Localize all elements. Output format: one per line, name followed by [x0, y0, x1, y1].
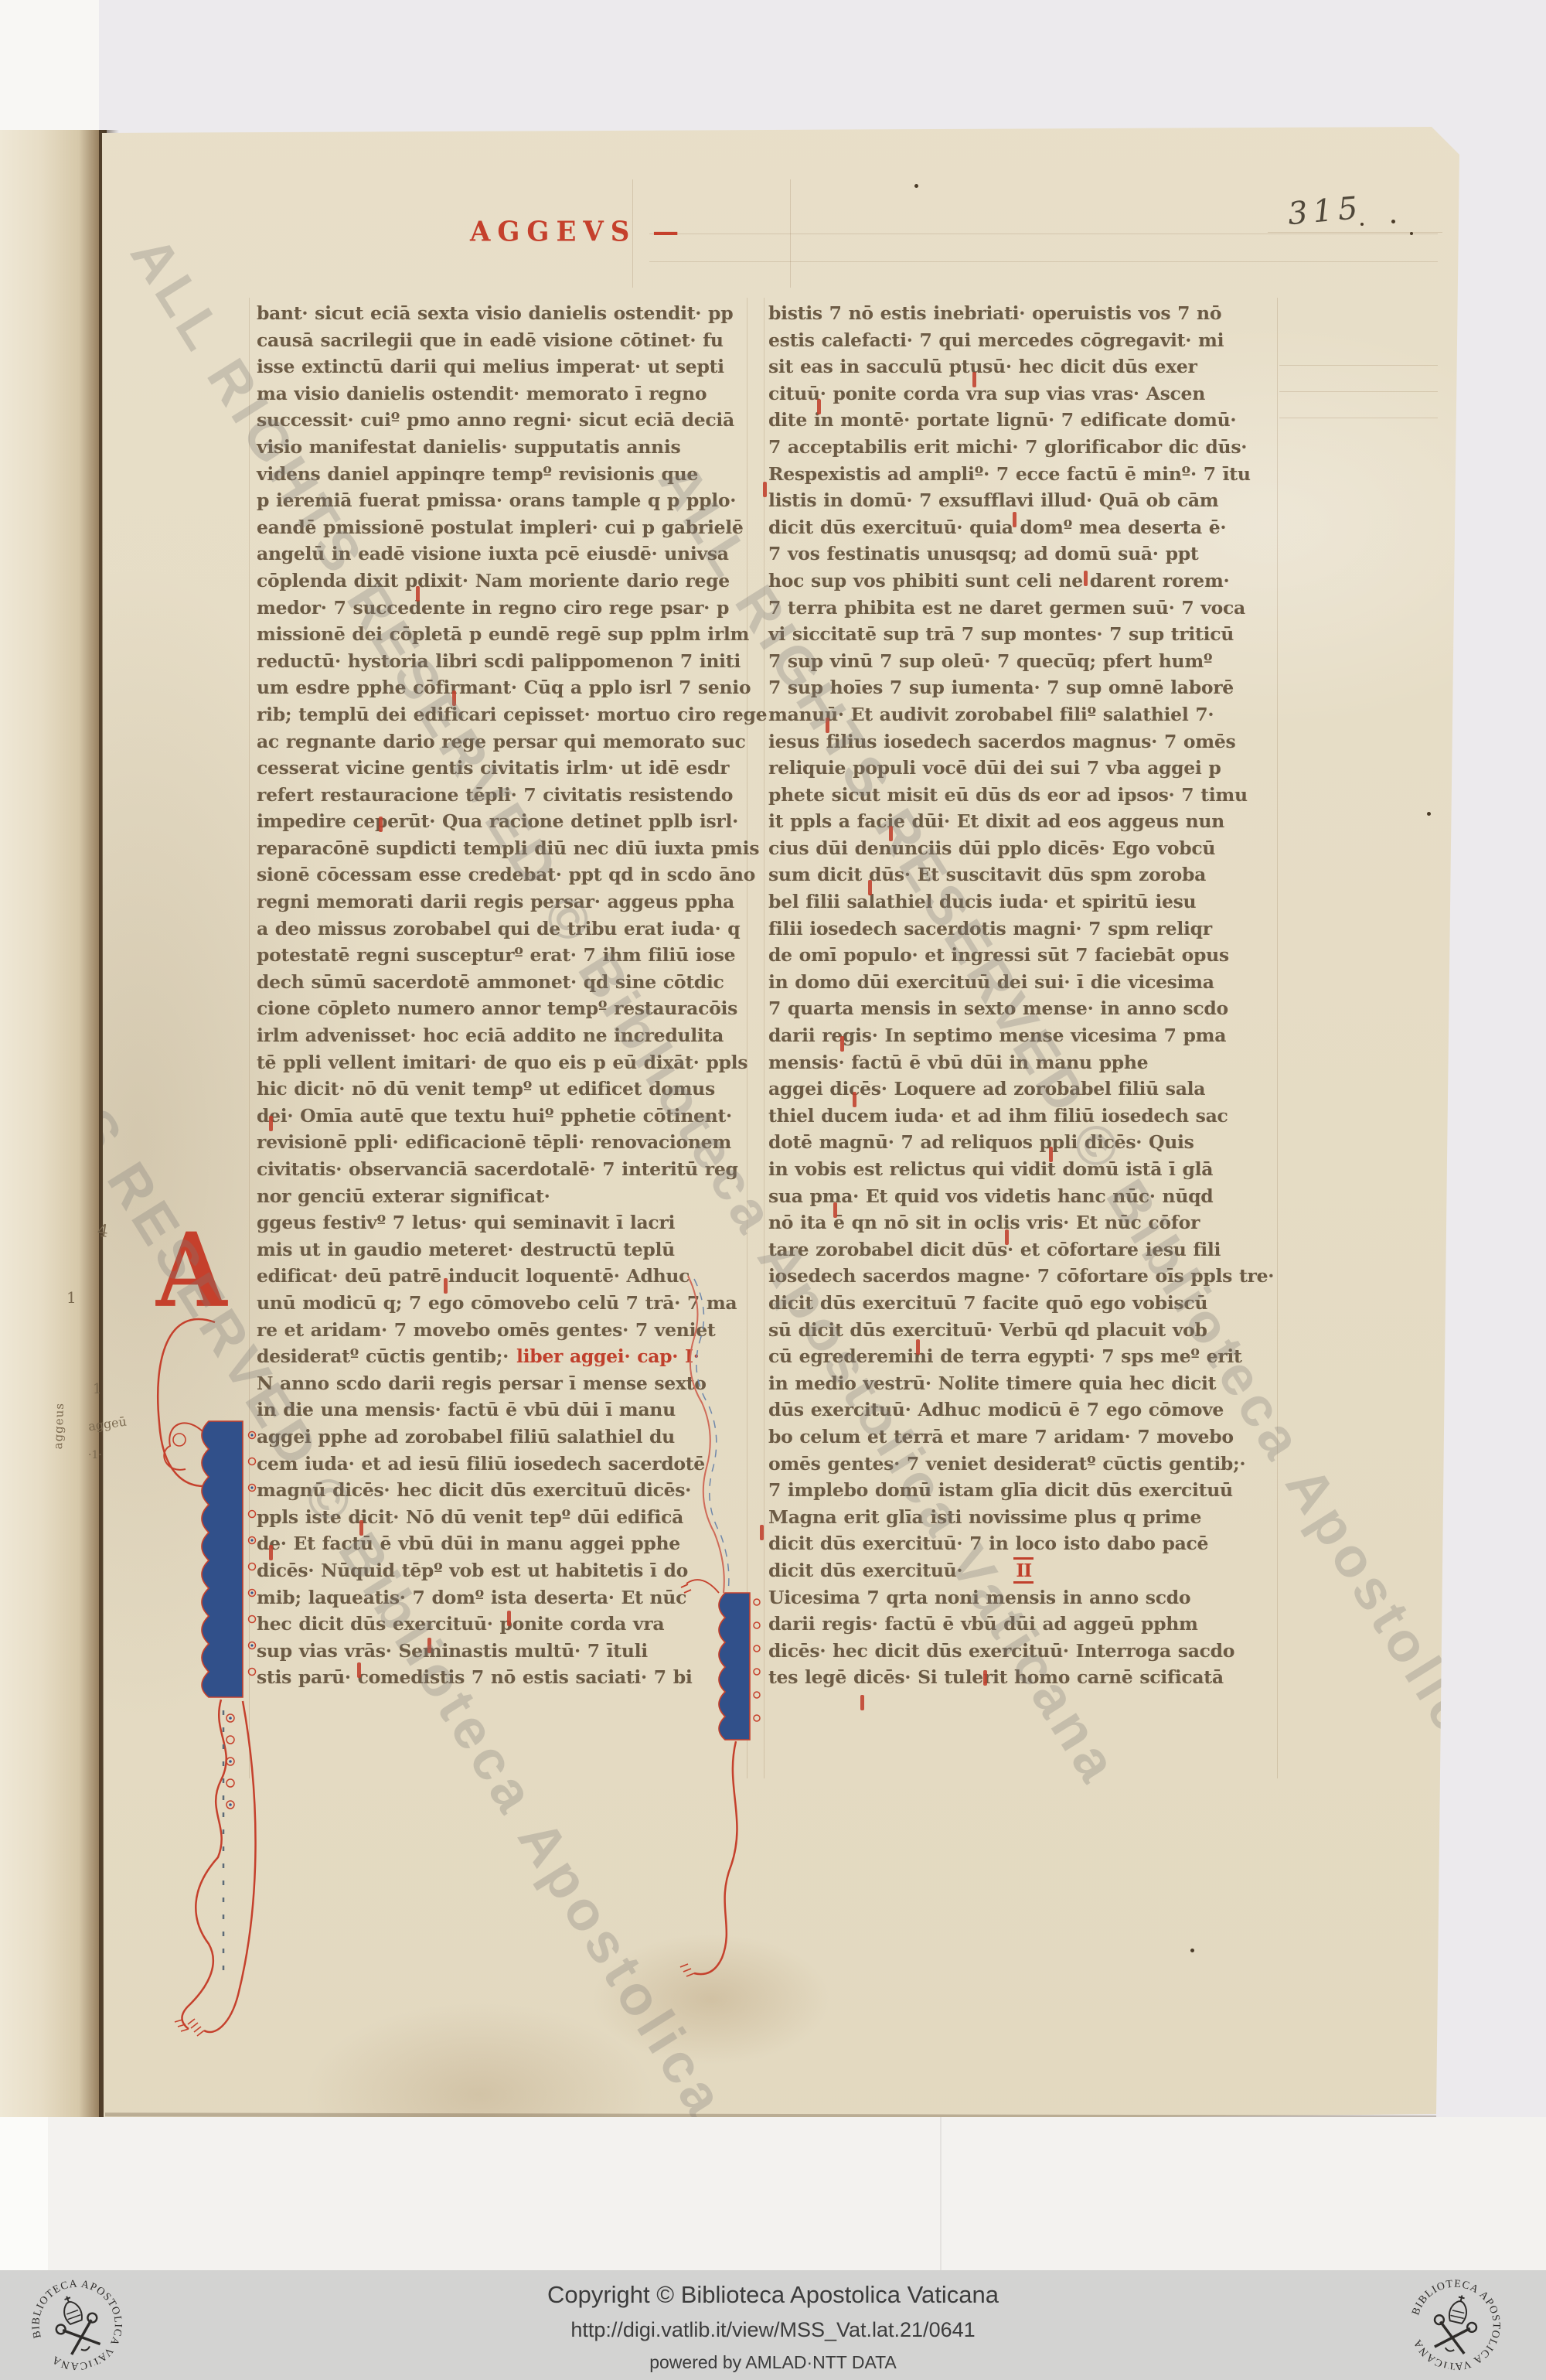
manuscript-line: reliquie populi vocē dūi dei sui 7 vba a…: [768, 755, 1279, 782]
manuscript-line: causā sacrilegii que in eadē visione cōt…: [257, 327, 745, 354]
manuscript-line: sionē cōcessam esse credebat· ppt qd in …: [257, 861, 745, 888]
red-paragraph-mark: [983, 1670, 987, 1686]
manuscript-line: aggei dicēs· Loquere ad zorobabel filiū …: [768, 1076, 1279, 1103]
red-paragraph-mark: [868, 880, 872, 895]
manuscript-line: cū egrederemini de terra egypti· 7 sps m…: [768, 1343, 1279, 1370]
manuscript-line: sit eas in sacculū ptusū· hec dicit dūs …: [768, 353, 1279, 380]
manuscript-line: cōplenda dixit pdixit· Nam moriente dari…: [257, 568, 745, 595]
rubric-text: II: [1013, 1557, 1034, 1584]
red-paragraph-mark: [507, 1611, 511, 1626]
marginal-note: 1: [66, 1288, 77, 1307]
red-paragraph-mark: [1013, 512, 1016, 527]
red-paragraph-mark: [916, 1339, 920, 1355]
red-paragraph-mark: [452, 690, 456, 706]
marginal-note: ·1·: [88, 1449, 102, 1461]
ink-speck: [1360, 223, 1364, 226]
manuscript-line: mensis· factū ē vbū dūi in manu pphe: [768, 1049, 1279, 1076]
manuscript-line: filii iosedech sacerdotis magni· 7 spm r…: [768, 916, 1279, 943]
manuscript-line: dūs exercituū· Adhuc modicū ē 7 ego cōmo…: [768, 1396, 1279, 1424]
manuscript-line: eandē pmissionē postulat impleri· cui p …: [257, 514, 745, 541]
manuscript-line: tare zorobabel dicit dūs· et cōfortare i…: [768, 1236, 1279, 1263]
running-title: AGGEVS —: [470, 216, 686, 248]
manuscript-line: dite in montē· portate lignū· 7 edificat…: [768, 407, 1279, 434]
manuscript-line: cione cōpleto numero annor tempº restaur…: [257, 995, 745, 1022]
manuscript-line: iesus filius iosedech sacerdos magnus· 7…: [768, 728, 1279, 755]
manuscript-line: listis in domū· 7 exsufflavi illud· Quā …: [768, 487, 1279, 514]
manuscript-line: impedire ceperūt· Qua racione detinet pp…: [257, 808, 745, 835]
red-paragraph-mark: [826, 718, 829, 733]
manuscript-line: Uicesima 7 qrta noni mensis in anno scdo: [768, 1584, 1279, 1611]
manuscript-line: Respexistis ad ampliº· 7 ecce factū ē mi…: [768, 461, 1279, 488]
manuscript-line: missionē dei cōpletā p eundē regē sup pp…: [257, 621, 745, 648]
manuscript-line: visio manifestat danielis· supputatis an…: [257, 434, 745, 461]
footer-bar: Copyright © Biblioteca Apostolica Vatica…: [0, 2270, 1546, 2380]
manuscript-line: sua pma· Et quid vos videtis hanc nūc· n…: [768, 1183, 1279, 1210]
red-paragraph-mark: [833, 1202, 837, 1218]
manuscript-line: omēs gentes· 7 veniet desideratº cūctis …: [768, 1451, 1279, 1478]
background-corner: [0, 0, 99, 131]
manuscript-line: vi siccitatē sup trā 7 sup montes· 7 sup…: [768, 621, 1279, 648]
red-paragraph-mark: [817, 399, 821, 414]
manuscript-line: refert restauracione tēpli· 7 civitatis …: [257, 782, 745, 809]
manuscript-line: dei· Omīa autē que textu huiº pphetie cō…: [257, 1103, 745, 1130]
manuscript-line: tes legē dicēs· Si tulerit homo carnē sc…: [768, 1664, 1279, 1691]
background-band: [0, 2117, 48, 2272]
manuscript-line: de omī populo· et ingressi sūt 7 faciebā…: [768, 942, 1279, 969]
manuscript-line: potestatē regni suscepturº erat· 7 ihm f…: [257, 942, 745, 969]
manuscript-line: 7 sup vinū 7 sup oleū· 7 quecūq; pfert h…: [768, 648, 1279, 675]
red-paragraph-mark: [1049, 1147, 1053, 1162]
manuscript-line: 7 implebo domū istam glīa dicit dūs exer…: [768, 1477, 1279, 1504]
manuscript-line: 7 quarta mensis in sexto mense· in anno …: [768, 995, 1279, 1022]
manuscript-line: iosedech sacerdos magne· 7 cōfortare oīs…: [768, 1263, 1279, 1290]
copyright-text: Copyright © Biblioteca Apostolica Vatica…: [0, 2281, 1546, 2309]
manuscript-line: revisionē ppli· edificacionē tēpli· reno…: [257, 1129, 745, 1156]
manuscript-line: hic dicit· nō dū venit tempº ut edificet…: [257, 1076, 745, 1103]
ruling-line: [649, 261, 1438, 262]
red-paragraph-mark: [379, 817, 383, 832]
manuscript-line: civitatis· observanciā sacerdotalē· 7 in…: [257, 1156, 745, 1183]
red-paragraph-mark: [444, 1278, 448, 1294]
manuscript-line: hoc sup vos phibiti sunt celi ne darent …: [768, 568, 1279, 595]
manuscript-line: in vobis est relictus qui vidit domū ist…: [768, 1156, 1279, 1183]
manuscript-line: bel filii salathiel ducis iuda· et spiri…: [768, 888, 1279, 916]
red-paragraph-mark: [269, 1116, 273, 1131]
manuscript-line: ma visio danielis ostendit· memorato ī r…: [257, 380, 745, 407]
ruling-line: [1279, 391, 1438, 392]
manuscript-line: dotē magnū· 7 ad reliquos ppli dicēs· Qu…: [768, 1129, 1279, 1156]
manuscript-line: in medio vestrū· Nolite timere quia hec …: [768, 1370, 1279, 1397]
manuscript-line: p ieremiā fuerat pmissa· orans tample q …: [257, 487, 745, 514]
manuscript-line: bo celum et terrā et mare 7 aridam· 7 mo…: [768, 1424, 1279, 1451]
manuscript-line: dicit dūs exercituū· 7 in loco isto dabo…: [768, 1530, 1279, 1557]
manuscript-line: ac regnante dario rege persar qui memora…: [257, 728, 745, 755]
manuscript-line: thiel ducem iuda· et ad ihm filiū iosede…: [768, 1103, 1279, 1130]
red-paragraph-mark: [416, 586, 420, 602]
manuscript-line: regni memorati darii regis persar· aggeu…: [257, 888, 745, 916]
manuscript-line: 7 sup hoīes 7 sup iumenta· 7 sup omnē la…: [768, 674, 1279, 701]
manuscript-line: 7 acceptabilis erit michi· 7 glorificabo…: [768, 434, 1279, 461]
background-band: [0, 2117, 1546, 2272]
illuminated-initial-I-chapter2: [651, 1260, 767, 1995]
manuscript-line: successit· cuiº pmo anno regni· sicut ec…: [257, 407, 745, 434]
manuscript-line: bant· sicut eciā sexta visio danielis os…: [257, 300, 745, 327]
manuscript-line: phete sicut misit eū dūs ds eor ad ipsos…: [768, 782, 1279, 809]
marginal-note: aggeus: [51, 1403, 66, 1450]
manuscript-line: bistis 7 nō estis inebriati· operuistis …: [768, 300, 1279, 327]
manuscript-line: isse extinctū darii qui melius imperat· …: [257, 353, 745, 380]
manuscript-line: Magna erit glīa isti novissime plus q pr…: [768, 1504, 1279, 1531]
manuscript-line: cius dūi denunciis dūi pplo dicēs· Ego v…: [768, 835, 1279, 862]
manuscript-line: reparacōnē supdicti templi diū nec diū i…: [257, 835, 745, 862]
red-paragraph-mark: [1084, 571, 1088, 586]
manuscript-line: 7 vos festinatis unusqsq; ad domū suā· p…: [768, 540, 1279, 568]
powered-by-text: powered by AMLAD·NTT DATA: [0, 2352, 1546, 2373]
manuscript-line: tē ppli vellent imitari· de quo eis p eū…: [257, 1049, 745, 1076]
manuscript-line: angelū in eadē visione iuxta pcē eiusdē·…: [257, 540, 745, 568]
manuscript-line: sū dicit dūs exercituū· Verbū qd placuit…: [768, 1317, 1279, 1344]
ink-speck: [914, 184, 918, 188]
facing-page-edge: [0, 130, 107, 2133]
ink-speck: [1391, 220, 1395, 223]
manuscript-line: dicēs· hec dicit dūs exercituū· Interrog…: [768, 1638, 1279, 1665]
manuscript-line: dicit dūs exercituū 7 facite quō ego vob…: [768, 1290, 1279, 1317]
manuscript-line: cesserat vicine gentis civitatis irlm· u…: [257, 755, 745, 782]
manuscript-line: cituū· ponite corda vra sup vias vras· A…: [768, 380, 1279, 407]
red-paragraph-mark: [853, 1092, 856, 1107]
right-text-column: bistis 7 nō estis inebriati· operuistis …: [768, 300, 1279, 1691]
ink-speck: [1190, 1949, 1194, 1952]
ink-speck: [1427, 812, 1431, 816]
manuscript-line: reductū· hystoria libri scdi palippomeno…: [257, 648, 745, 675]
manuscript-line: it ppls a facie dūi· Et dixit ad eos agg…: [768, 808, 1279, 835]
manuscript-line: estis calefacti· 7 qui mercedes cōgregav…: [768, 327, 1279, 354]
red-paragraph-mark: [1005, 1229, 1009, 1245]
manuscript-line: um esdre pphe cōfirmant· Cūq a pplo isrl…: [257, 674, 745, 701]
ruling-line: [649, 234, 1438, 234]
ink-speck: [1410, 232, 1413, 235]
source-url-text: http://digi.vatlib.it/view/MSS_Vat.lat.2…: [0, 2318, 1546, 2342]
red-paragraph-mark: [860, 1695, 864, 1710]
ruling-line: [1279, 365, 1438, 366]
manuscript-line: a deo missus zorobabel qui de tribu erat…: [257, 916, 745, 943]
ruling-line: [1279, 418, 1438, 418]
red-paragraph-mark: [840, 1036, 844, 1052]
manuscript-line: 7 terra phibita est ne daret germen suū·…: [768, 595, 1279, 622]
red-paragraph-mark: [763, 482, 767, 497]
digitized-manuscript-page: AGGEVS — 315 41aggeus1aggeū·1· bant· sic…: [0, 0, 1546, 2380]
manuscript-line: sum dicit dūs· Et suscitavit dūs spm zor…: [768, 861, 1279, 888]
manuscript-line: in domo dūi exercituū dei sui· ī die vic…: [768, 969, 1279, 996]
page-edge-line: [940, 2117, 942, 2272]
manuscript-line: darii regis· factū ē vbū dūi ad aggeū pp…: [768, 1611, 1279, 1638]
folio-number: 315: [1286, 190, 1364, 232]
red-paragraph-mark: [889, 826, 893, 841]
manuscript-line: videns daniel appinqre tempº revisionis …: [257, 461, 745, 488]
manuscript-line: manuū· Et audivit zorobabel filiº salath…: [768, 701, 1279, 728]
manuscript-line: nor genciū exterar significat·: [257, 1183, 745, 1210]
manuscript-line: rib; templū dei edificari cepisset· mort…: [257, 701, 745, 728]
marginal-note: 1: [93, 1381, 101, 1397]
manuscript-line: irlm advenisset· hoc eciā addito ne incr…: [257, 1022, 745, 1049]
manuscript-line: dicit dūs exercituū·II: [768, 1557, 1279, 1584]
manuscript-line: darii regis· In septimo mense vicesima 7…: [768, 1022, 1279, 1049]
red-paragraph-mark: [972, 372, 976, 387]
manuscript-line: dech sūmū sacerdotē ammonet· qd sine cōt…: [257, 969, 745, 996]
manuscript-line: dicit dūs exercituū· quia domº mea deser…: [768, 514, 1279, 541]
illuminated-initial-I-chapter1: [144, 1206, 376, 2072]
red-paragraph-mark: [427, 1638, 431, 1653]
ruling-line: [1268, 232, 1442, 233]
manuscript-line: nō ita ē qn nō sit in oclis vris· Et nūc…: [768, 1209, 1279, 1236]
manuscript-line: medor· 7 succedente in regno ciro rege p…: [257, 595, 745, 622]
